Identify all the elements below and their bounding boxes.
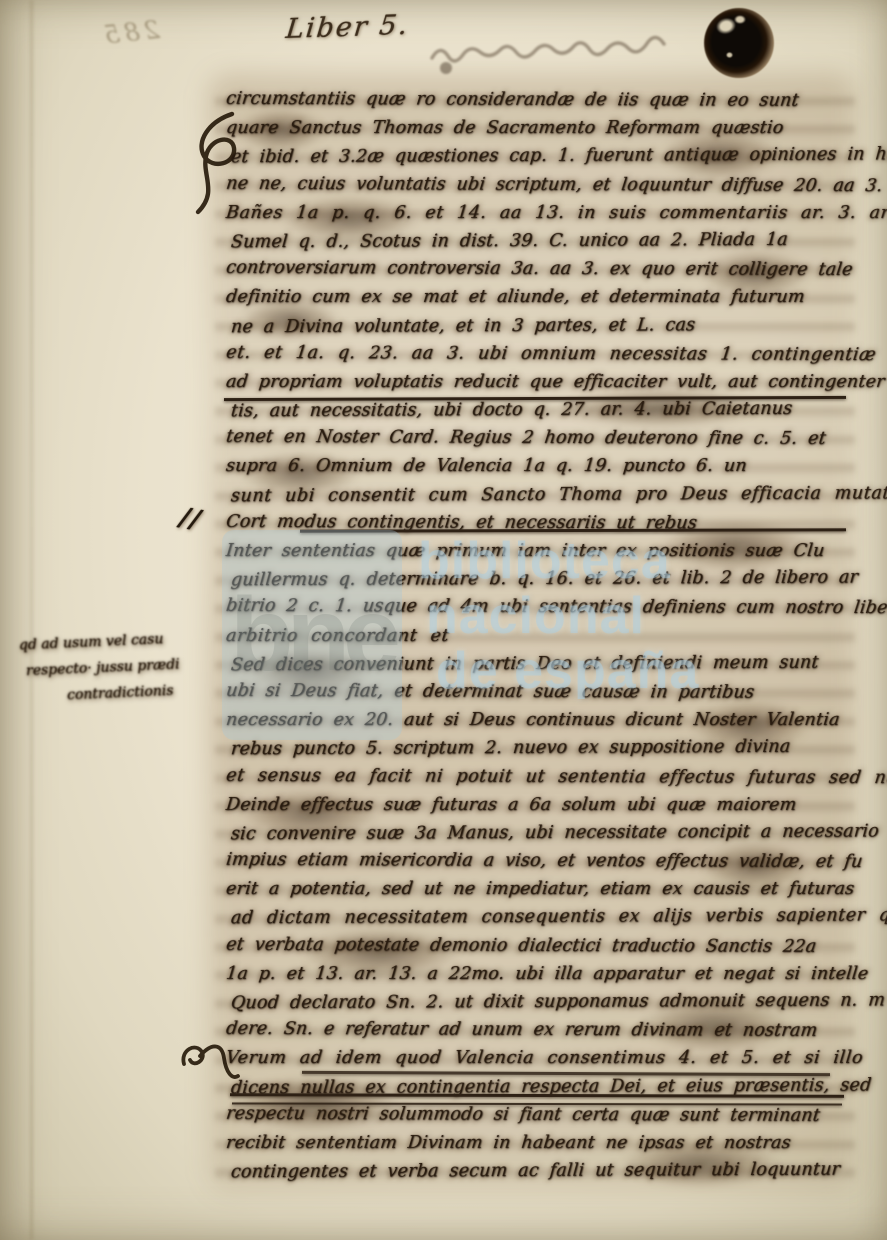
manuscript-line: necessario ex 20. aut si Deus continuus …	[225, 706, 846, 734]
manuscript-line: Sed dices conveniunt in partis Deo et de…	[230, 648, 846, 679]
manuscript-line: 1a p. et 13. ar. 13. a 22mo. ubi illa ap…	[225, 960, 846, 988]
page-fold-line	[30, 0, 33, 1240]
manuscript-line: Quod declarato Sn. 2. ut dixit supponamu…	[230, 987, 846, 1018]
manuscript-line: tenet en Noster Card. Regius 2 homo deut…	[224, 423, 845, 453]
manuscript-line: ad propriam voluptatis reducit que effic…	[225, 368, 846, 396]
manuscript-line: rebus puncto 5. scriptum 2. nuevo ex sup…	[230, 733, 846, 764]
manuscript-line: controversiarum controversia 3a. aa 3. e…	[224, 254, 845, 284]
manuscript-line: et. et 1a. q. 23. aa 3. ubi omnium neces…	[224, 339, 845, 369]
manuscript-line: dicens nullas ex contingentia respecta D…	[230, 1071, 846, 1102]
manuscript-line: recibit sententiam Divinam in habeant ne…	[225, 1129, 846, 1157]
manuscript-line: sic convenire suæ 3a Manus, ubi necessit…	[230, 818, 846, 849]
manuscript-line: impius etiam misericordia a viso, et ven…	[224, 846, 845, 876]
blot-highlight	[734, 15, 746, 24]
manuscript-line: ne a Divina voluntate, et in 3 partes, e…	[230, 310, 846, 341]
manuscript-line: Sumel q. d., Scotus in dist. 39. C. unic…	[230, 226, 846, 257]
manuscript-line: ad dictam necessitatem consequentis ex a…	[230, 902, 846, 933]
insertion-mark: //	[178, 502, 204, 535]
manuscript-line: Cort modus contingentis, et necessariis …	[224, 508, 845, 538]
bleedthrough-script-marks	[428, 28, 678, 74]
manuscript-page: 285 Liber 5. circumstantiis quæ ro consi…	[0, 0, 887, 1240]
manuscript-line: supra 6. Omnium de Valencia 1a q. 19. pu…	[225, 452, 846, 480]
manuscript-line: guillermus q. determinare b. q. 16. et 2…	[230, 564, 846, 595]
manuscript-line: Inter sententias quæ primum iam inter ex…	[225, 537, 846, 565]
ink-blot	[704, 8, 774, 78]
blot-highlight	[726, 52, 733, 58]
manuscript-line: erit a potentia, sed ut ne impediatur, e…	[225, 875, 846, 903]
manuscript-line: et sensus ea facit ni potuit ut sententi…	[224, 761, 845, 791]
manuscript-line: arbitrio concordant et	[225, 622, 846, 650]
manuscript-text-block: circumstantiis quæ ro considerandæ de ii…	[226, 86, 844, 1185]
manuscript-line: Deinde effectus suæ futuras a 6a solum u…	[225, 791, 846, 819]
manuscript-line: quare Sanctus Thomas de Sacramento Refor…	[225, 114, 846, 142]
manuscript-line: Verum ad idem quod Valencia consentimus …	[225, 1044, 846, 1072]
marginal-note: qd ad usum vel casurespecto· jussu prædi…	[18, 624, 226, 711]
folio-number-bleedthrough: 285	[99, 15, 161, 50]
manuscript-line: dere. Sn. e referatur ad unum ex rerum d…	[224, 1015, 845, 1045]
manuscript-line: definitio cum ex se mat et aliunde, et d…	[225, 283, 846, 311]
manuscript-line: Bañes 1a p. q. 6. et 14. aa 13. in suis …	[225, 199, 846, 227]
manuscript-line: et verbata potestate demonio dialectici …	[224, 931, 845, 961]
book-heading: Liber 5.	[284, 10, 410, 45]
manuscript-line: ubi si Deus fiat, et determinat suæ caus…	[224, 677, 845, 707]
marginal-note-line: contradictionis	[67, 676, 227, 709]
manuscript-line: ne ne, cuius voluntatis ubi scriptum, et…	[224, 169, 845, 199]
manuscript-line: circumstantiis quæ ro considerandæ de ii…	[224, 85, 845, 115]
manuscript-line: bitrio 2 c. 1. usque ad 4m ubi sententia…	[224, 592, 845, 622]
manuscript-line: contingentes et verba secum ac falli ut …	[230, 1156, 846, 1187]
manuscript-line: et ibid. et 3.2æ quæstiones cap. 1. fuer…	[230, 141, 846, 172]
manuscript-line: sunt ubi consentit cum Sancto Thoma pro …	[230, 479, 846, 510]
